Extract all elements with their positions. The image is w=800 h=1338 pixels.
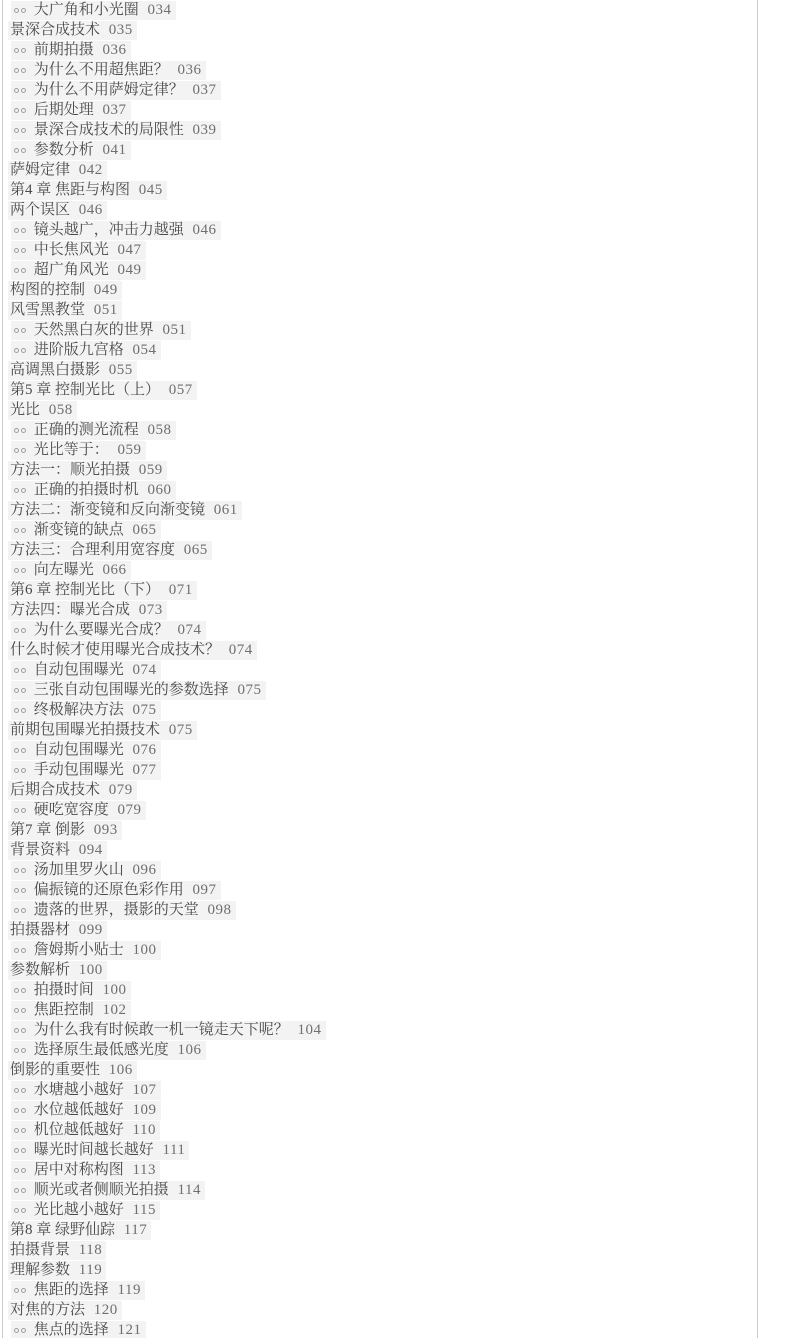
toc-entry: 为什么我有时候敢一机一镜走天下呢？ 104 bbox=[8, 1021, 757, 1041]
toc-entry-page-number: 115 bbox=[133, 1202, 156, 1218]
toc-entry-page-number: 049 bbox=[118, 262, 142, 278]
bullet-icon bbox=[14, 561, 26, 580]
toc-entry-line: 拍摄时间 100 bbox=[11, 981, 131, 1000]
toc-entry-line: 为什么不用超焦距？ 036 bbox=[11, 61, 206, 80]
toc-entry-title: 方法三：合理利用宽容度 bbox=[10, 542, 175, 558]
toc-entry: 什么时候才使用曝光合成技术？ 074 bbox=[8, 641, 757, 661]
toc-entry-title: 渐变镜的缺点 bbox=[34, 522, 124, 538]
toc-entry-title: 汤加里罗火山 bbox=[34, 862, 124, 878]
toc-entry-page-number: 117 bbox=[124, 1222, 147, 1238]
bullet-icon bbox=[14, 61, 26, 80]
toc-entry-title: 倒影的重要性 bbox=[10, 1062, 100, 1078]
bullet-icon bbox=[14, 121, 26, 140]
toc-entry-title: 后期合成技术 bbox=[10, 782, 100, 798]
toc-entry-page-number: 045 bbox=[139, 182, 163, 198]
toc-entry-page-number: 075 bbox=[238, 682, 262, 698]
toc-entry-page-number: 059 bbox=[118, 442, 142, 458]
toc-entry-title: 水位越低越好 bbox=[34, 1102, 124, 1118]
toc-entry-line: 背景资料 094 bbox=[8, 841, 107, 860]
toc-entry: 第6 章 控制光比（下） 071 bbox=[8, 581, 757, 601]
toc-entry-line: 方法四：曝光合成 073 bbox=[8, 601, 167, 620]
bullet-icon bbox=[14, 741, 26, 760]
toc-entry-line: 终极解决方法 075 bbox=[11, 701, 161, 720]
toc-entry: 遗落的世界，摄影的天堂 098 bbox=[8, 901, 757, 921]
toc-entry-title: 正确的拍摄时机 bbox=[34, 482, 139, 498]
toc-entry-title: 光比越小越好 bbox=[34, 1202, 124, 1218]
toc-entry-title: 两个误区 bbox=[10, 202, 70, 218]
bullet-icon bbox=[14, 941, 26, 960]
toc-entry-title: 中长焦风光 bbox=[34, 242, 109, 258]
bullet-icon bbox=[14, 481, 26, 500]
toc-entry-title: 第5 章 控制光比（上） bbox=[10, 382, 160, 398]
toc-entry-title: 第4 章 焦距与构图 bbox=[10, 182, 130, 198]
toc-entry: 顺光或者侧顺光拍摄 114 bbox=[8, 1181, 757, 1201]
toc-entry-line: 景深合成技术 035 bbox=[8, 21, 137, 40]
toc-entry-page-number: 077 bbox=[133, 762, 157, 778]
toc-entry-title: 偏振镜的还原色彩作用 bbox=[34, 882, 184, 898]
toc-entry: 对焦的方法 120 bbox=[8, 1301, 757, 1321]
toc-entry-line: 风雪黑教堂 051 bbox=[8, 301, 122, 320]
bullet-icon bbox=[14, 701, 26, 720]
toc-entry-line: 第7 章 倒影 093 bbox=[8, 821, 122, 840]
toc-entry-line: 第8 章 绿野仙踪 117 bbox=[8, 1221, 151, 1240]
toc-entry-line: 进阶版九宫格 054 bbox=[11, 341, 161, 360]
toc-entry-page-number: 099 bbox=[79, 922, 103, 938]
toc-entry-title: 遗落的世界，摄影的天堂 bbox=[34, 902, 199, 918]
bullet-icon bbox=[14, 761, 26, 780]
toc-entry: 硬吃宽容度 079 bbox=[8, 801, 757, 821]
toc-entry: 正确的测光流程 058 bbox=[8, 421, 757, 441]
toc-entry-page-number: 111 bbox=[163, 1142, 186, 1158]
toc-entry-page-number: 094 bbox=[79, 842, 103, 858]
toc-entry-page-number: 074 bbox=[133, 662, 157, 678]
toc-entry: 选择原生最低感光度 106 bbox=[8, 1041, 757, 1061]
toc-entry-page-number: 036 bbox=[103, 42, 127, 58]
toc-entry: 光比越小越好 115 bbox=[8, 1201, 757, 1221]
toc-entry: 方法四：曝光合成 073 bbox=[8, 601, 757, 621]
toc-entry-line: 正确的测光流程 058 bbox=[11, 421, 176, 440]
toc-entry-line: 焦距的选择 119 bbox=[11, 1281, 145, 1300]
toc-entry-page-number: 034 bbox=[148, 2, 172, 18]
bullet-icon bbox=[14, 801, 26, 820]
toc-entry-page-number: 104 bbox=[298, 1022, 322, 1038]
bullet-icon bbox=[14, 1141, 26, 1160]
toc-entry: 汤加里罗火山 096 bbox=[8, 861, 757, 881]
toc-entry-line: 什么时候才使用曝光合成技术？ 074 bbox=[8, 641, 257, 660]
toc-entry-page-number: 071 bbox=[169, 582, 193, 598]
toc-entry-title: 超广角风光 bbox=[34, 262, 109, 278]
toc-entry: 大广角和小光圈 034 bbox=[8, 1, 757, 21]
bullet-icon bbox=[14, 661, 26, 680]
toc-entry-page-number: 066 bbox=[103, 562, 127, 578]
toc-entry: 方法二：渐变镜和反向渐变镜 061 bbox=[8, 501, 757, 521]
toc-entry-title: 光比等于： bbox=[34, 442, 109, 458]
toc-entry-page-number: 079 bbox=[118, 802, 142, 818]
bullet-icon bbox=[14, 681, 26, 700]
toc-entry-line: 两个误区 046 bbox=[8, 201, 107, 220]
toc-entry-title: 终极解决方法 bbox=[34, 702, 124, 718]
toc-entry-page-number: 073 bbox=[139, 602, 163, 618]
toc-entry: 景深合成技术的局限性 039 bbox=[8, 121, 757, 141]
toc-entry-page-number: 121 bbox=[118, 1322, 142, 1338]
toc-entry-page-number: 058 bbox=[49, 402, 73, 418]
toc-entry-page-number: 075 bbox=[133, 702, 157, 718]
toc-entry-title: 参数解析 bbox=[10, 962, 70, 978]
toc-entry-title: 光比 bbox=[10, 402, 40, 418]
toc-entry-line: 后期合成技术 079 bbox=[8, 781, 137, 800]
toc-entry: 自动包围曝光 076 bbox=[8, 741, 757, 761]
toc-entry-page-number: 051 bbox=[94, 302, 118, 318]
bullet-icon bbox=[14, 981, 26, 1000]
toc-entry-title: 顺光或者侧顺光拍摄 bbox=[34, 1182, 169, 1198]
toc-entry-line: 遗落的世界，摄影的天堂 098 bbox=[11, 901, 236, 920]
toc-entry-line: 理解参数 119 bbox=[8, 1261, 106, 1280]
toc-entry: 背景资料 094 bbox=[8, 841, 757, 861]
toc-entry-line: 焦点的选择 121 bbox=[11, 1321, 146, 1338]
toc-entry-title: 为什么我有时候敢一机一镜走天下呢？ bbox=[34, 1022, 289, 1038]
toc-entry-title: 天然黑白灰的世界 bbox=[34, 322, 154, 338]
toc-entry: 倒影的重要性 106 bbox=[8, 1061, 757, 1081]
toc-entry-title: 正确的测光流程 bbox=[34, 422, 139, 438]
toc-entry-title: 背景资料 bbox=[10, 842, 70, 858]
toc-entry-title: 对焦的方法 bbox=[10, 1302, 85, 1318]
bullet-icon bbox=[14, 41, 26, 60]
toc-entry: 参数分析 041 bbox=[8, 141, 757, 161]
toc-entry-line: 机位越低越好 110 bbox=[11, 1121, 160, 1140]
toc-entry-title: 方法四：曝光合成 bbox=[10, 602, 130, 618]
toc-entry: 第5 章 控制光比（上） 057 bbox=[8, 381, 757, 401]
toc-entry-page-number: 114 bbox=[178, 1182, 201, 1198]
bullet-icon bbox=[14, 241, 26, 260]
toc-entry-title: 萨姆定律 bbox=[10, 162, 70, 178]
toc-entry-line: 自动包围曝光 076 bbox=[11, 741, 161, 760]
toc-entry: 超广角风光 049 bbox=[8, 261, 757, 281]
toc-entry-title: 自动包围曝光 bbox=[34, 742, 124, 758]
toc-entry-line: 前期拍摄 036 bbox=[11, 41, 131, 60]
bullet-icon bbox=[14, 1041, 26, 1060]
toc-entry-line: 向左曝光 066 bbox=[11, 561, 131, 580]
toc-entry: 居中对称构图 113 bbox=[8, 1161, 757, 1181]
toc-entry: 进阶版九宫格 054 bbox=[8, 341, 757, 361]
toc-entry: 第7 章 倒影 093 bbox=[8, 821, 757, 841]
toc-entry-line: 方法三：合理利用宽容度 065 bbox=[8, 541, 212, 560]
toc-entry-title: 詹姆斯小贴士 bbox=[34, 942, 124, 958]
toc-entry-title: 前期拍摄 bbox=[34, 42, 94, 58]
bullet-icon bbox=[14, 621, 26, 640]
toc-entry-line: 硬吃宽容度 079 bbox=[11, 801, 146, 820]
toc-entry-page-number: 035 bbox=[109, 22, 133, 38]
bullet-icon bbox=[14, 1201, 26, 1220]
toc-entry: 三张自动包围曝光的参数选择 075 bbox=[8, 681, 757, 701]
toc-entry-page-number: 119 bbox=[79, 1262, 102, 1278]
toc-entry-title: 自动包围曝光 bbox=[34, 662, 124, 678]
toc-entry-title: 为什么不用超焦距？ bbox=[34, 62, 169, 78]
toc-entry-title: 为什么要曝光合成？ bbox=[34, 622, 169, 638]
bullet-icon bbox=[14, 101, 26, 120]
toc-entry-page-number: 037 bbox=[103, 102, 127, 118]
toc-entry-page-number: 065 bbox=[184, 542, 208, 558]
bullet-icon bbox=[14, 881, 26, 900]
bullet-icon bbox=[14, 1001, 26, 1020]
toc-entry-line: 后期处理 037 bbox=[11, 101, 131, 120]
toc-entry-title: 居中对称构图 bbox=[34, 1162, 124, 1178]
toc-entry-line: 顺光或者侧顺光拍摄 114 bbox=[11, 1181, 205, 1200]
bullet-icon bbox=[14, 861, 26, 880]
toc-entry: 风雪黑教堂 051 bbox=[8, 301, 757, 321]
bullet-icon bbox=[14, 1, 26, 20]
toc-entry: 后期处理 037 bbox=[8, 101, 757, 121]
toc-entry-line: 倒影的重要性 106 bbox=[8, 1061, 137, 1080]
toc-entry-page-number: 049 bbox=[94, 282, 118, 298]
toc-entry: 为什么要曝光合成？ 074 bbox=[8, 621, 757, 641]
toc-entry: 拍摄器材 099 bbox=[8, 921, 757, 941]
toc-entry-title: 焦距控制 bbox=[34, 1002, 94, 1018]
toc-entry-page-number: 100 bbox=[103, 982, 127, 998]
toc-entry-page-number: 054 bbox=[133, 342, 157, 358]
toc-entry-line: 方法一：顺光拍摄 059 bbox=[8, 461, 167, 480]
toc-entry-title: 进阶版九宫格 bbox=[34, 342, 124, 358]
toc-entry: 镜头越广，冲击力越强 046 bbox=[8, 221, 757, 241]
toc-entry: 为什么不用超焦距？ 036 bbox=[8, 61, 757, 81]
toc-entry-line: 渐变镜的缺点 065 bbox=[11, 521, 161, 540]
toc-entry-line: 为什么要曝光合成？ 074 bbox=[11, 621, 206, 640]
toc-entry-line: 构图的控制 049 bbox=[8, 281, 122, 300]
toc-entry-line: 中长焦风光 047 bbox=[11, 241, 146, 260]
toc-entry-page-number: 074 bbox=[178, 622, 202, 638]
toc-entry-line: 手动包围曝光 077 bbox=[11, 761, 161, 780]
toc-entry-line: 居中对称构图 113 bbox=[11, 1161, 160, 1180]
bullet-icon bbox=[14, 321, 26, 340]
toc-entry-title: 后期处理 bbox=[34, 102, 94, 118]
toc-entry: 水塘越小越好 107 bbox=[8, 1081, 757, 1101]
bullet-icon bbox=[14, 341, 26, 360]
toc-entry-page-number: 119 bbox=[118, 1282, 141, 1298]
toc-entry-title: 三张自动包围曝光的参数选择 bbox=[34, 682, 229, 698]
toc-entry-page-number: 096 bbox=[133, 862, 157, 878]
toc-entry-page-number: 120 bbox=[94, 1302, 118, 1318]
toc-list: 大广角和小光圈 034 景深合成技术 035 前期拍摄 036 为什么不用超焦距… bbox=[8, 1, 757, 1338]
toc-entry-page-number: 046 bbox=[79, 202, 103, 218]
toc-entry-line: 萨姆定律 042 bbox=[8, 161, 107, 180]
toc-entry-title: 理解参数 bbox=[10, 1262, 70, 1278]
toc-entry-line: 詹姆斯小贴士 100 bbox=[11, 941, 161, 960]
toc-entry: 萨姆定律 042 bbox=[8, 161, 757, 181]
toc-entry: 两个误区 046 bbox=[8, 201, 757, 221]
toc-entry: 方法三：合理利用宽容度 065 bbox=[8, 541, 757, 561]
toc-entry-title: 为什么不用萨姆定律？ bbox=[34, 82, 184, 98]
bullet-icon bbox=[14, 521, 26, 540]
toc-entry-page-number: 074 bbox=[229, 642, 253, 658]
toc-entry-title: 方法一：顺光拍摄 bbox=[10, 462, 130, 478]
toc-entry-page-number: 110 bbox=[133, 1122, 156, 1138]
toc-entry-title: 焦点的选择 bbox=[34, 1322, 109, 1338]
toc-entry-line: 曝光时间越长越好 111 bbox=[11, 1141, 189, 1160]
toc-entry-page-number: 036 bbox=[178, 62, 202, 78]
toc-entry: 方法一：顺光拍摄 059 bbox=[8, 461, 757, 481]
bullet-icon bbox=[14, 901, 26, 920]
bullet-icon bbox=[14, 261, 26, 280]
toc-entry-page-number: 037 bbox=[193, 82, 217, 98]
toc-entry-line: 为什么我有时候敢一机一镜走天下呢？ 104 bbox=[11, 1021, 326, 1040]
bullet-icon bbox=[14, 1161, 26, 1180]
toc-entry: 光比 058 bbox=[8, 401, 757, 421]
toc-entry: 焦点的选择 121 bbox=[8, 1321, 757, 1338]
toc-entry-title: 拍摄时间 bbox=[34, 982, 94, 998]
toc-entry: 为什么不用萨姆定律？ 037 bbox=[8, 81, 757, 101]
toc-entry-page-number: 098 bbox=[208, 902, 232, 918]
toc-entry-title: 镜头越广，冲击力越强 bbox=[34, 222, 184, 238]
toc-entry-page-number: 118 bbox=[79, 1242, 102, 1258]
toc-entry-title: 曝光时间越长越好 bbox=[34, 1142, 154, 1158]
toc-entry: 詹姆斯小贴士 100 bbox=[8, 941, 757, 961]
toc-entry: 景深合成技术 035 bbox=[8, 21, 757, 41]
bullet-icon bbox=[14, 1121, 26, 1140]
toc-entry: 中长焦风光 047 bbox=[8, 241, 757, 261]
toc-entry-line: 超广角风光 049 bbox=[11, 261, 146, 280]
toc-entry-line: 正确的拍摄时机 060 bbox=[11, 481, 176, 500]
toc-entry: 水位越低越好 109 bbox=[8, 1101, 757, 1121]
toc-entry-title: 方法二：渐变镜和反向渐变镜 bbox=[10, 502, 205, 518]
toc-entry: 机位越低越好 110 bbox=[8, 1121, 757, 1141]
toc-entry: 焦距控制 102 bbox=[8, 1001, 757, 1021]
toc-entry-line: 焦距控制 102 bbox=[11, 1001, 131, 1020]
toc-entry-title: 拍摄器材 bbox=[10, 922, 70, 938]
toc-entry-page-number: 051 bbox=[163, 322, 187, 338]
toc-entry: 构图的控制 049 bbox=[8, 281, 757, 301]
bullet-icon bbox=[14, 1321, 26, 1338]
toc-entry: 后期合成技术 079 bbox=[8, 781, 757, 801]
toc-entry-line: 偏振镜的还原色彩作用 097 bbox=[11, 881, 221, 900]
toc-entry-line: 选择原生最低感光度 106 bbox=[11, 1041, 206, 1060]
toc-entry-line: 镜头越广，冲击力越强 046 bbox=[11, 221, 221, 240]
toc-entry-page-number: 100 bbox=[133, 942, 157, 958]
toc-entry-line: 拍摄器材 099 bbox=[8, 921, 107, 940]
toc-entry: 手动包围曝光 077 bbox=[8, 761, 757, 781]
toc-entry-page-number: 109 bbox=[133, 1102, 157, 1118]
toc-entry-line: 大广角和小光圈 034 bbox=[11, 1, 176, 20]
toc-entry-title: 大广角和小光圈 bbox=[34, 2, 139, 18]
toc-entry-line: 高调黑白摄影 055 bbox=[8, 361, 137, 380]
toc-entry-page-number: 039 bbox=[193, 122, 217, 138]
bullet-icon bbox=[14, 1181, 26, 1200]
toc-entry: 焦距的选择 119 bbox=[8, 1281, 757, 1301]
toc-entry: 拍摄时间 100 bbox=[8, 981, 757, 1001]
toc-entry-page-number: 097 bbox=[193, 882, 217, 898]
bullet-icon bbox=[14, 81, 26, 100]
toc-entry-page-number: 106 bbox=[178, 1042, 202, 1058]
toc-entry-line: 参数解析 100 bbox=[8, 961, 107, 980]
toc-entry-title: 构图的控制 bbox=[10, 282, 85, 298]
toc-entry-title: 向左曝光 bbox=[34, 562, 94, 578]
toc-entry-page-number: 055 bbox=[109, 362, 133, 378]
toc-entry-line: 对焦的方法 120 bbox=[8, 1301, 122, 1320]
toc-entry-title: 景深合成技术的局限性 bbox=[34, 122, 184, 138]
toc-entry: 光比等于： 059 bbox=[8, 441, 757, 461]
toc-entry-page-number: 113 bbox=[133, 1162, 156, 1178]
toc-entry: 前期拍摄 036 bbox=[8, 41, 757, 61]
toc-entry-page-number: 102 bbox=[103, 1002, 127, 1018]
toc-entry-page-number: 057 bbox=[169, 382, 193, 398]
toc-entry-line: 第6 章 控制光比（下） 071 bbox=[8, 581, 197, 600]
toc-entry: 正确的拍摄时机 060 bbox=[8, 481, 757, 501]
toc-entry-title: 第7 章 倒影 bbox=[10, 822, 85, 838]
toc-column: 大广角和小光圈 034 景深合成技术 035 前期拍摄 036 为什么不用超焦距… bbox=[2, 0, 758, 1338]
toc-entry-line: 方法二：渐变镜和反向渐变镜 061 bbox=[8, 501, 242, 520]
toc-entry-line: 拍摄背景 118 bbox=[8, 1241, 106, 1260]
toc-entry-line: 第4 章 焦距与构图 045 bbox=[8, 181, 167, 200]
toc-entry: 第8 章 绿野仙踪 117 bbox=[8, 1221, 757, 1241]
toc-entry-title: 参数分析 bbox=[34, 142, 94, 158]
toc-entry-title: 高调黑白摄影 bbox=[10, 362, 100, 378]
toc-entry-page-number: 107 bbox=[133, 1082, 157, 1098]
toc-entry-title: 景深合成技术 bbox=[10, 22, 100, 38]
toc-entry-line: 光比等于： 059 bbox=[11, 441, 146, 460]
toc-entry-title: 硬吃宽容度 bbox=[34, 802, 109, 818]
toc-entry-line: 三张自动包围曝光的参数选择 075 bbox=[11, 681, 266, 700]
toc-entry-page-number: 059 bbox=[139, 462, 163, 478]
toc-entry-title: 什么时候才使用曝光合成技术？ bbox=[10, 642, 220, 658]
toc-entry-line: 自动包围曝光 074 bbox=[11, 661, 161, 680]
toc-entry-page-number: 065 bbox=[133, 522, 157, 538]
toc-entry: 参数解析 100 bbox=[8, 961, 757, 981]
toc-entry-line: 景深合成技术的局限性 039 bbox=[11, 121, 221, 140]
bullet-icon bbox=[14, 441, 26, 460]
toc-entry: 偏振镜的还原色彩作用 097 bbox=[8, 881, 757, 901]
toc-entry: 理解参数 119 bbox=[8, 1261, 757, 1281]
toc-entry: 渐变镜的缺点 065 bbox=[8, 521, 757, 541]
bullet-icon bbox=[14, 221, 26, 240]
toc-entry-line: 水塘越小越好 107 bbox=[11, 1081, 161, 1100]
toc-entry-title: 前期包围曝光拍摄技术 bbox=[10, 722, 160, 738]
toc-entry-page-number: 076 bbox=[133, 742, 157, 758]
toc-entry-line: 光比 058 bbox=[8, 401, 77, 420]
toc-entry: 自动包围曝光 074 bbox=[8, 661, 757, 681]
toc-entry-line: 为什么不用萨姆定律？ 037 bbox=[11, 81, 221, 100]
bullet-icon bbox=[14, 1021, 26, 1040]
toc-entry-page-number: 079 bbox=[109, 782, 133, 798]
bullet-icon bbox=[14, 1281, 26, 1300]
toc-entry-title: 焦距的选择 bbox=[34, 1282, 109, 1298]
toc-entry-page-number: 061 bbox=[214, 502, 238, 518]
toc-entry-title: 第8 章 绿野仙踪 bbox=[10, 1222, 115, 1238]
toc-entry: 向左曝光 066 bbox=[8, 561, 757, 581]
toc-entry-page-number: 041 bbox=[103, 142, 127, 158]
toc-entry-line: 光比越小越好 115 bbox=[11, 1201, 160, 1220]
toc-entry-page-number: 060 bbox=[148, 482, 172, 498]
toc-entry: 拍摄背景 118 bbox=[8, 1241, 757, 1261]
toc-entry-line: 天然黑白灰的世界 051 bbox=[11, 321, 191, 340]
toc-entry: 第4 章 焦距与构图 045 bbox=[8, 181, 757, 201]
bullet-icon bbox=[14, 141, 26, 160]
toc-entry-page-number: 093 bbox=[94, 822, 118, 838]
toc-entry-title: 选择原生最低感光度 bbox=[34, 1042, 169, 1058]
toc-entry: 终极解决方法 075 bbox=[8, 701, 757, 721]
toc-entry: 曝光时间越长越好 111 bbox=[8, 1141, 757, 1161]
toc-entry-line: 水位越低越好 109 bbox=[11, 1101, 161, 1120]
toc-entry-page-number: 042 bbox=[79, 162, 103, 178]
toc-entry-page-number: 058 bbox=[148, 422, 172, 438]
toc-entry-line: 汤加里罗火山 096 bbox=[11, 861, 161, 880]
toc-entry-page-number: 047 bbox=[118, 242, 142, 258]
toc-entry-line: 参数分析 041 bbox=[11, 141, 131, 160]
toc-entry-title: 手动包围曝光 bbox=[34, 762, 124, 778]
toc-entry-title: 拍摄背景 bbox=[10, 1242, 70, 1258]
toc-entry-page-number: 106 bbox=[109, 1062, 133, 1078]
toc-entry-title: 水塘越小越好 bbox=[34, 1082, 124, 1098]
toc-entry-title: 第6 章 控制光比（下） bbox=[10, 582, 160, 598]
toc-entry: 天然黑白灰的世界 051 bbox=[8, 321, 757, 341]
bullet-icon bbox=[14, 1081, 26, 1100]
